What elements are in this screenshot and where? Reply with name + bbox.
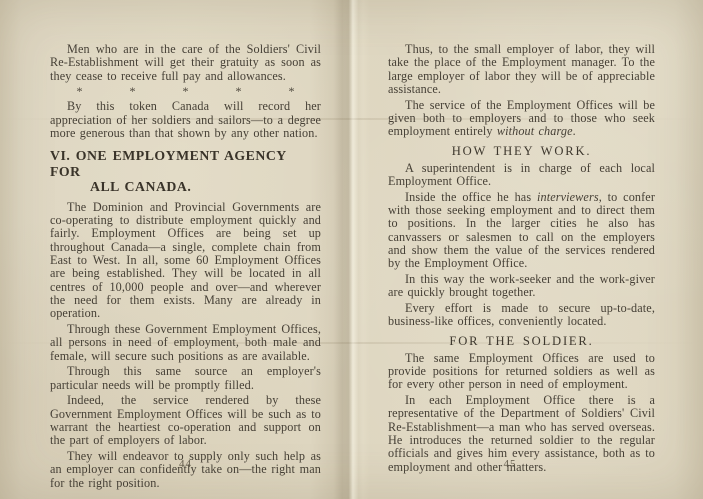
section-heading-line2: ALL CANADA. [50,179,321,195]
paragraph-indeed: Indeed, the service rendered by these Go… [50,394,321,447]
section-heading-employment-agency: VI. ONE EMPLOYMENT AGENCY FOR ALL CANADA… [50,148,321,195]
section-heading-line1: VI. ONE EMPLOYMENT AGENCY FOR [50,148,321,179]
asterisk-glyph: * [130,85,136,97]
page-gutter-fold [333,0,363,499]
paragraph-gratuity: Men who are in the care of the Soldiers'… [50,43,321,83]
paragraph-workseeker: In this way the work-seeker and the work… [388,273,655,300]
asterisk-glyph: * [77,85,83,97]
left-page: Men who are in the care of the Soldiers'… [50,43,321,493]
paragraph-effort: Every effort is made to secure up-to-dat… [388,302,655,329]
paragraph-inside-pre: Inside the office he has [405,190,537,204]
sub-heading-how-they-work: HOW THEY WORK. [388,144,655,158]
paragraph-thus: Thus, to the small employer of labor, th… [388,43,655,96]
right-page: Thus, to the small employer of labor, th… [388,43,655,476]
asterisk-separator: * * * * * [77,85,295,97]
paragraph-same-source: Through this same source an employer's p… [50,365,321,392]
page-number-left: 44 [50,458,321,470]
paragraph-same-offices: The same Employment Offices are used to … [388,352,655,392]
paragraph-endeavor: They will endeavor to supply only such h… [50,450,321,490]
paragraph-service-italic: without charge [497,124,573,138]
sub-heading-for-the-soldier: FOR THE SOLDIER. [388,334,655,348]
paragraph-inside-italic: interviewers [537,190,599,204]
asterisk-glyph: * [236,85,242,97]
asterisk-glyph: * [183,85,189,97]
book-spread: Men who are in the care of the Soldiers'… [0,0,703,499]
paragraph-service-post: . [573,124,576,138]
paragraph-superintendent: A superintendent is in charge of each lo… [388,162,655,189]
asterisk-glyph: * [289,85,295,97]
paragraph-token: By this token Canada will record her app… [50,100,321,140]
paragraph-service: The service of the Employment Offices wi… [388,99,655,139]
paragraph-inside-office: Inside the office he has interviewers, t… [388,191,655,271]
paragraph-dominion: The Dominion and Provincial Governments … [50,201,321,321]
paragraph-through-offices: Through these Government Employment Offi… [50,323,321,363]
page-number-right: 45 [380,458,640,470]
